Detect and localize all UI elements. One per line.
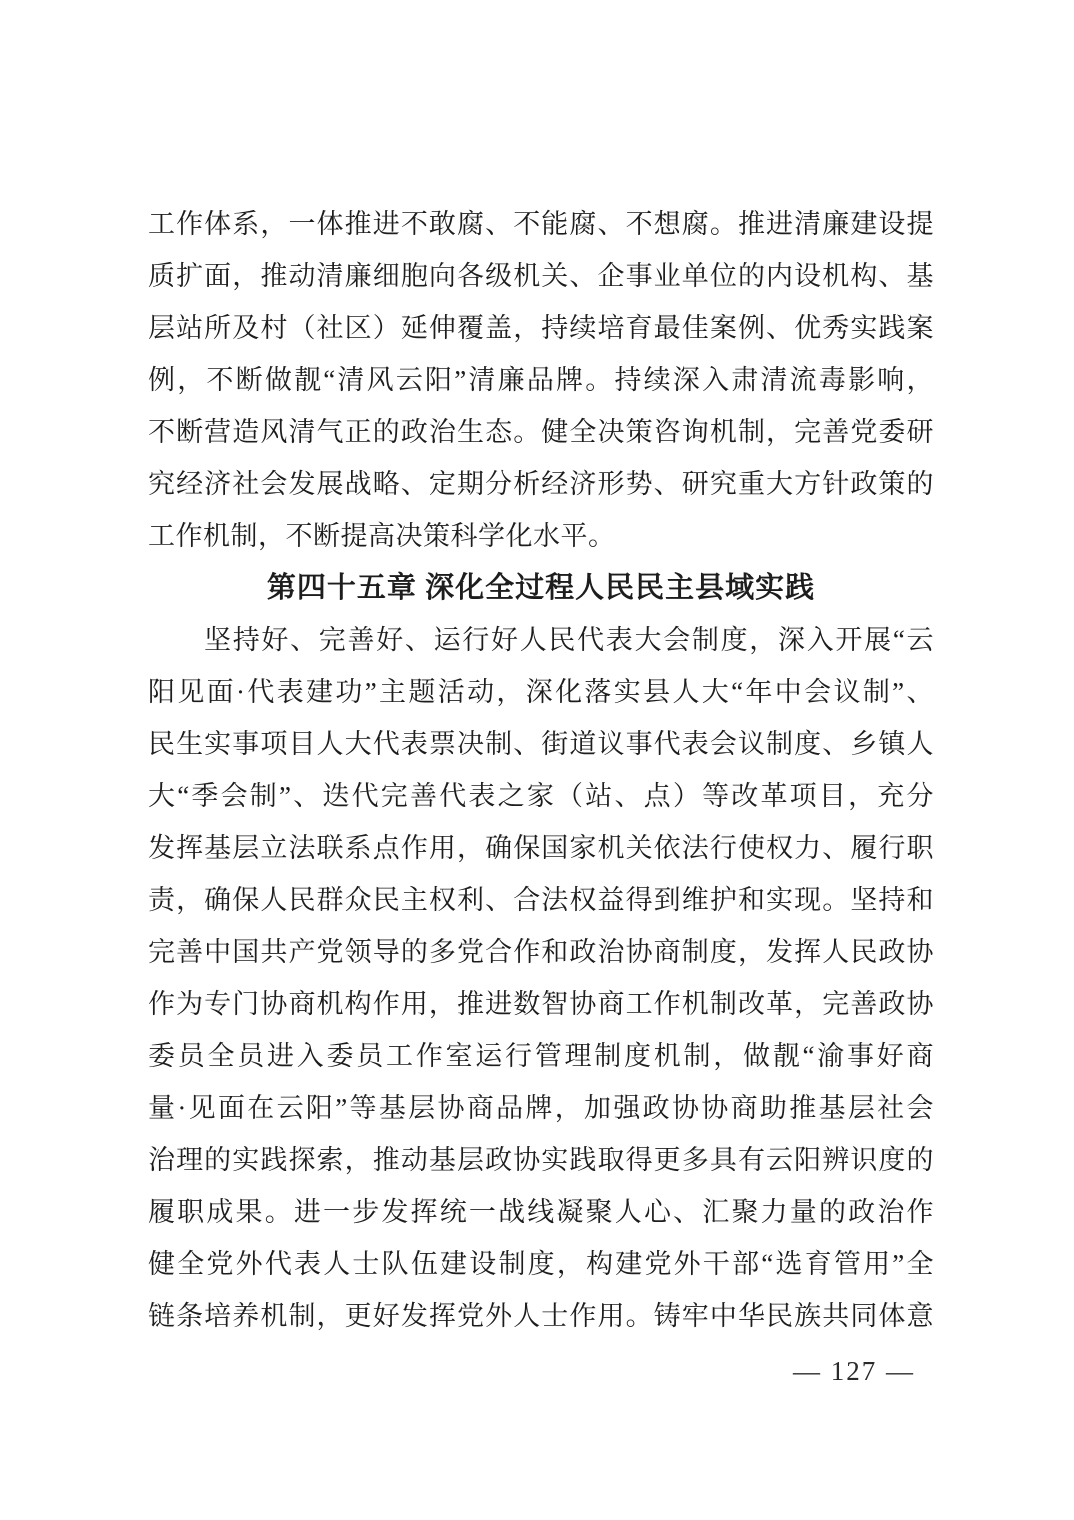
chapter-heading: 第四十五章 深化全过程人民民主县域实践: [148, 562, 934, 614]
text-line: 完善中国共产党领导的多党合作和政治协商制度，发挥人民政协: [148, 926, 934, 978]
text-line: 作为专门协商机构作用，推进数智协商工作机制改革，完善政协: [148, 978, 934, 1030]
text-line: 质扩面，推动清廉细胞向各级机关、企事业单位的内设机构、基: [148, 250, 934, 302]
text-line: 责，确保人民群众民主权利、合法权益得到维护和实现。坚持和: [148, 874, 934, 926]
text-line: 工作体系，一体推进不敢腐、不能腐、不想腐。推进清廉建设提: [148, 198, 934, 250]
text-line: 治理的实践探索，推动基层政协实践取得更多具有云阳辨识度的: [148, 1134, 934, 1186]
text-line: 大“季会制”、迭代完善代表之家（站、点）等改革项目，充分: [148, 770, 934, 822]
text-line: 发挥基层立法联系点作用，确保国家机关依法行使权力、履行职: [148, 822, 934, 874]
document-page: 工作体系，一体推进不敢腐、不能腐、不想腐。推进清廉建设提质扩面，推动清廉细胞向各…: [0, 0, 1074, 1520]
paragraph-continuation: 工作体系，一体推进不敢腐、不能腐、不想腐。推进清廉建设提质扩面，推动清廉细胞向各…: [148, 198, 934, 562]
text-line: 坚持好、完善好、运行好人民代表大会制度，深入开展“云: [148, 614, 934, 666]
text-line: 链条培养机制，更好发挥党外人士作用。铸牢中华民族共同体意: [148, 1290, 934, 1342]
text-line: 工作机制，不断提高决策科学化水平。: [148, 510, 934, 562]
text-line: 层站所及村（社区）延伸覆盖，持续培育最佳案例、优秀实践案: [148, 302, 934, 354]
text-line: 量·见面在云阳”等基层协商品牌，加强政协协商助推基层社会: [148, 1082, 934, 1134]
text-line: 阳见面·代表建功”主题活动，深化落实县人大“年中会议制”、: [148, 666, 934, 718]
text-line: 健全党外代表人士队伍建设制度，构建党外干部“选育管用”全: [148, 1238, 934, 1290]
paragraph-main: 坚持好、完善好、运行好人民代表大会制度，深入开展“云阳见面·代表建功”主题活动，…: [148, 614, 934, 1342]
text-line: 履职成果。进一步发挥统一战线凝聚人心、汇聚力量的政治作用，: [148, 1186, 934, 1238]
text-line: 民生实事项目人大代表票决制、街道议事代表会议制度、乡镇人: [148, 718, 934, 770]
text-column: 工作体系，一体推进不敢腐、不能腐、不想腐。推进清廉建设提质扩面，推动清廉细胞向各…: [148, 198, 934, 1342]
text-line: 究经济社会发展战略、定期分析经济形势、研究重大方针政策的: [148, 458, 934, 510]
text-line: 例，不断做靓“清风云阳”清廉品牌。持续深入肃清流毒影响，: [148, 354, 934, 406]
page-number: — 127 —: [793, 1354, 915, 1388]
text-line: 委员全员进入委员工作室运行管理制度机制，做靓“渝事好商: [148, 1030, 934, 1082]
text-line: 不断营造风清气正的政治生态。健全决策咨询机制，完善党委研: [148, 406, 934, 458]
